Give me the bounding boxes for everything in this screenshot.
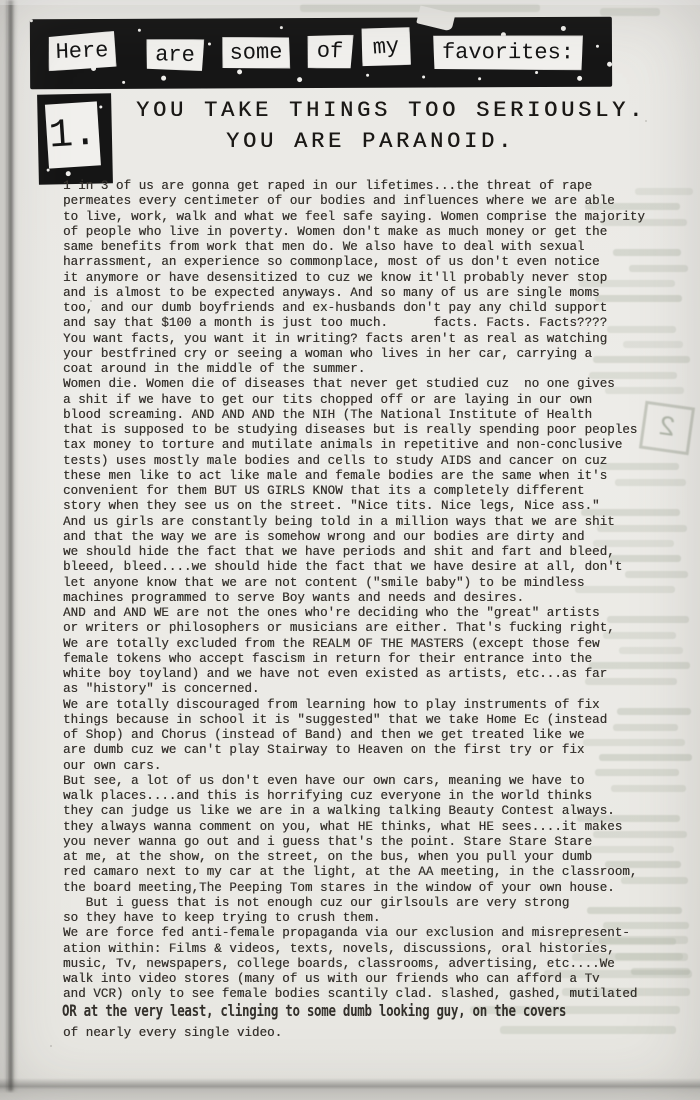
body-text-line: tests) uses mostly male bodies and cells… <box>63 454 663 469</box>
body-text-line: are dumb cuz we can't play Stairway to H… <box>63 743 663 758</box>
body-text-line: and say that $100 a month is just too mu… <box>63 316 663 331</box>
header-word-of: of <box>306 33 353 70</box>
body-text-line: white boy toyland) and we have not even … <box>63 667 663 682</box>
header-word-my: my <box>360 25 413 69</box>
body-text-line: you never wanna go out and i guess that'… <box>63 835 663 850</box>
body-text-line: ation within: Films & videos, texts, nov… <box>63 942 663 957</box>
body-text-line: AND and AND WE are not the ones who're d… <box>63 606 663 621</box>
body-text-line: story when they see us on the street. "N… <box>63 499 663 514</box>
body-text-line: they always wanna comment on you, what H… <box>63 820 663 835</box>
body-text-line: permeates every centimeter of our bodies… <box>63 194 663 209</box>
header-word-are: are <box>146 38 205 71</box>
body-text-line: You want facts, you want it in writing? … <box>63 332 663 347</box>
body-text-line: 1 in 3 of us are gonna get raped in our … <box>63 179 663 194</box>
body-text-line: And us girls are constantly being told i… <box>63 515 663 530</box>
body-text-line: that is supposed to be studying diseases… <box>63 423 663 438</box>
body-text-line: these men like to act like male and fema… <box>63 469 663 484</box>
body-text-line: But see, a lot of us don't even have our… <box>63 774 663 789</box>
page-edge-left <box>5 0 18 1100</box>
section-title-line2: YOU ARE PARANOID. <box>226 129 515 154</box>
section-number: 1. <box>45 101 101 168</box>
page-edge-top <box>0 0 700 5</box>
body-text-line: machines programmed to serve Boy wants a… <box>63 591 663 606</box>
body-text-line: it anymore or have desensitized to cuz w… <box>63 271 663 286</box>
body-text-line: our own cars. <box>63 759 663 774</box>
body-text-line: to live, work, walk and what we feel saf… <box>63 210 663 225</box>
body-final-line: of nearly every single video. <box>63 1026 282 1040</box>
section-number-box: 1. <box>37 93 113 185</box>
body-text-line: your bestfrined cry or seeing a woman wh… <box>63 347 663 362</box>
header-word-favorites: favorites: <box>433 35 583 70</box>
section-title-line1: YOU TAKE THINGS TOO SERIOUSLY. <box>136 98 646 123</box>
body-text-line: too, and our dumb boyfriends and ex-husb… <box>63 301 663 316</box>
body-text-line: same benefits from work that men do. We … <box>63 240 663 255</box>
body-alt-font-line: OR at the very least, clinging to some d… <box>62 1001 566 1020</box>
body-text-line: tax money to torture and mutilate animal… <box>63 438 663 453</box>
body-text-line: bleeed, bleed....we should hide the fact… <box>63 560 663 575</box>
body-text-line: we should hide the fact that we have per… <box>63 545 663 560</box>
body-text-line: coat around in the middle of the summer. <box>63 362 663 377</box>
body-text-line: harrassment, an experience so commonplac… <box>63 255 663 270</box>
body-text-line: walk into video stores (many of us with … <box>63 972 663 987</box>
ghost-smudge <box>600 8 660 16</box>
body-text-line: We are totally excluded from the REALM O… <box>63 637 663 652</box>
body-text-line: Women die. Women die of diseases that ne… <box>63 377 663 392</box>
body-text-line: as "history" is concerned. <box>63 682 663 697</box>
body-text-line: We are force fed anti-female propaganda … <box>63 926 663 941</box>
body-text-line: blood screaming. AND AND AND the NIH (Th… <box>63 408 663 423</box>
body-lines: 1 in 3 of us are gonna get raped in our … <box>63 179 663 1003</box>
body-text-line: of people who live in poverty. Women don… <box>63 225 663 240</box>
body-text-line: red camaro next to my car at the light, … <box>63 865 663 880</box>
header-word-some: some <box>222 36 291 70</box>
header-banner: Here are some of my favorites: <box>30 17 612 90</box>
header-word-here: Here <box>47 31 116 71</box>
body-text-line: they can judge us like we are in a walki… <box>63 804 663 819</box>
body-text-line: so they have to keep trying to crush the… <box>63 911 663 926</box>
body-text-line: at me, at the show, on the street, on th… <box>63 850 663 865</box>
body-text-line: music, Tv, newspapers, college boards, c… <box>63 957 663 972</box>
zine-page: 2 Here are some of my favorites: 1. YOU … <box>0 0 700 1100</box>
body-text-line: But i guess that is not enough cuz our g… <box>63 896 663 911</box>
body-text-line: and that the way we are is somehow wrong… <box>63 530 663 545</box>
ghost-smudge <box>500 1026 676 1034</box>
body-text-line: let anyone know that we are not content … <box>63 576 663 591</box>
body-text-line: and is almost to be expected anyways. An… <box>63 286 663 301</box>
body-text-line: or writers or philosophers or musicians … <box>63 621 663 636</box>
body-text-line: female tokens who accept fascism in retu… <box>63 652 663 667</box>
photocopy-speckles <box>47 169 50 172</box>
body-text-line: things because in school it is "suggeste… <box>63 713 663 728</box>
body-text-line: a shit if we have to get our tits choppe… <box>63 393 663 408</box>
body-text-line: walk places....and this is horrifying cu… <box>63 789 663 804</box>
photocopy-speckles <box>30 19 33 22</box>
body-text-line: convenient for them BUT US GIRLS KNOW th… <box>63 484 663 499</box>
body-text-line: the board meeting,The Peeping Tom stares… <box>63 881 663 896</box>
body-text-line: of Shop) and Chorus (instead of Band) an… <box>63 728 663 743</box>
page-edge-bottom <box>0 1078 700 1100</box>
body-text-line: We are totally discouraged from learning… <box>63 698 663 713</box>
